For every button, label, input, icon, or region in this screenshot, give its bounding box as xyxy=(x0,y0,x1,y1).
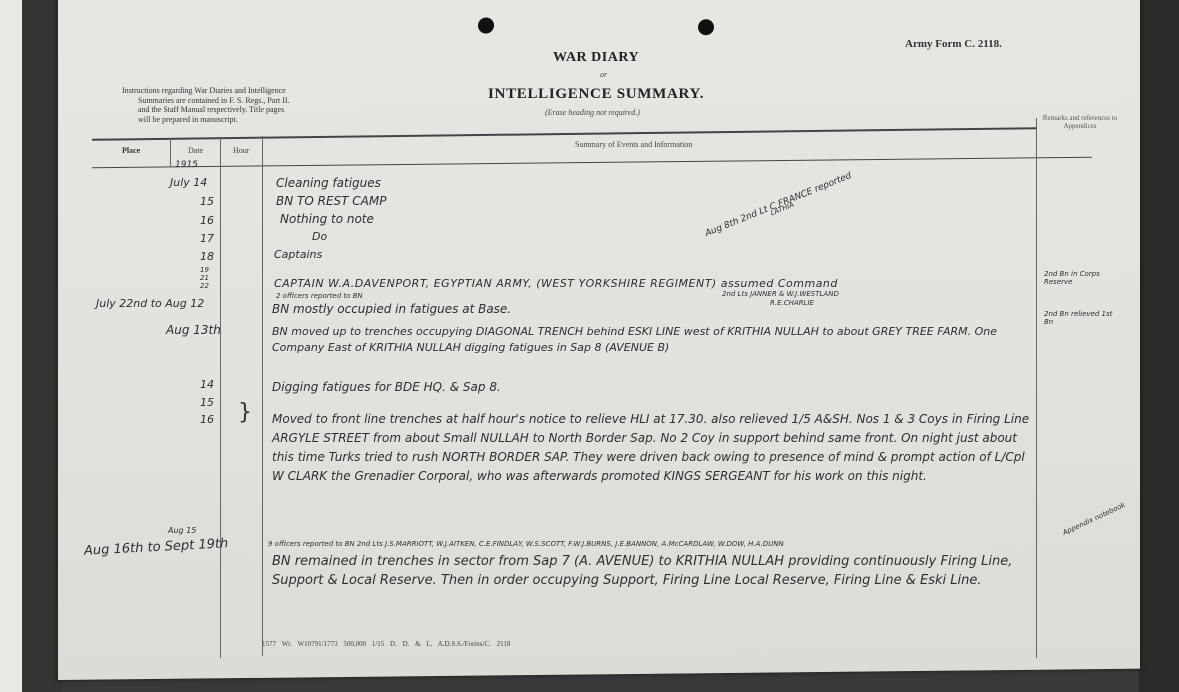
punch-hole-icon xyxy=(698,19,714,35)
date-aug15: Aug 15 xyxy=(168,526,196,535)
date: 16 xyxy=(200,214,214,227)
divider xyxy=(170,138,171,166)
year: 1915 xyxy=(175,160,198,170)
entry-text: Moved to front line trenches at half hou… xyxy=(272,410,1032,486)
entry-text: Nothing to note xyxy=(280,212,374,226)
col-remarks: Remarks and references to Appendices xyxy=(1040,114,1120,130)
date: 22 xyxy=(200,282,209,290)
entry-text: BN TO REST CAMP xyxy=(276,194,386,208)
date: 15 xyxy=(200,195,214,208)
date: 18 xyxy=(200,250,214,263)
date: 14 xyxy=(200,378,214,391)
date: 19 xyxy=(200,266,209,274)
page-subtitle: INTELLIGENCE SUMMARY. xyxy=(488,86,704,103)
entry-text: Cleaning fatigues xyxy=(276,176,381,190)
remark: 2nd Bn in Corps Reserve xyxy=(1044,270,1114,286)
col-date: Date xyxy=(188,146,203,155)
bracket-icon: } xyxy=(238,400,252,425)
remark: 2nd Bn relieved 1st Bn xyxy=(1044,310,1114,326)
background-right xyxy=(1139,0,1179,692)
background-dark-band xyxy=(22,0,62,692)
entry-text: BN moved up to trenches occupying DIAGON… xyxy=(272,324,1032,356)
date: July 14 xyxy=(170,176,207,189)
entry-text: Captains xyxy=(274,248,322,261)
divider xyxy=(220,138,221,658)
entry-text: Digging fatigues for BDE HQ. & Sap 8. xyxy=(272,380,501,394)
date: July 22nd to Aug 12 xyxy=(96,297,204,310)
note-officers: R.E.CHARLIE xyxy=(770,299,814,307)
divider xyxy=(262,136,263,656)
erase-note: (Erase heading not required.) xyxy=(545,108,640,117)
footer-print-code: 1577 Wt. W10791/1773 500,000 1/15 D. D. … xyxy=(262,640,510,648)
punch-hole-icon xyxy=(478,17,494,33)
instructions: Instructions regarding War Diaries and I… xyxy=(122,86,302,124)
entry-text: BN remained in trenches in sector from S… xyxy=(272,552,1032,590)
entry-text: CAPTAIN W.A.DAVENPORT, EGYPTIAN ARMY, (W… xyxy=(274,277,838,290)
note-aug15-officers: 9 officers reported to BN 2nd Lts J.S.MA… xyxy=(268,540,784,548)
date: 17 xyxy=(200,232,214,245)
note-officers: 2nd Lts JANNER & W.J.WESTLAND xyxy=(722,290,839,298)
date: Aug 13th xyxy=(166,323,221,337)
entry-text: BN mostly occupied in fatigues at Base. xyxy=(272,302,511,316)
col-place: Place xyxy=(122,146,140,155)
divider xyxy=(1036,118,1037,658)
title-or: or xyxy=(600,70,607,79)
page-title: WAR DIARY xyxy=(553,50,639,66)
entry-text: Do xyxy=(312,230,327,243)
form-id: Army Form C. 2118. xyxy=(905,38,1002,50)
date: 21 xyxy=(200,274,209,282)
col-hour: Hour xyxy=(233,146,249,155)
date: 15 xyxy=(200,396,214,409)
note-officers: 2 officers reported to BN xyxy=(276,292,363,300)
date: 16 xyxy=(200,413,214,426)
col-summary: Summary of Events and Information xyxy=(575,140,692,149)
